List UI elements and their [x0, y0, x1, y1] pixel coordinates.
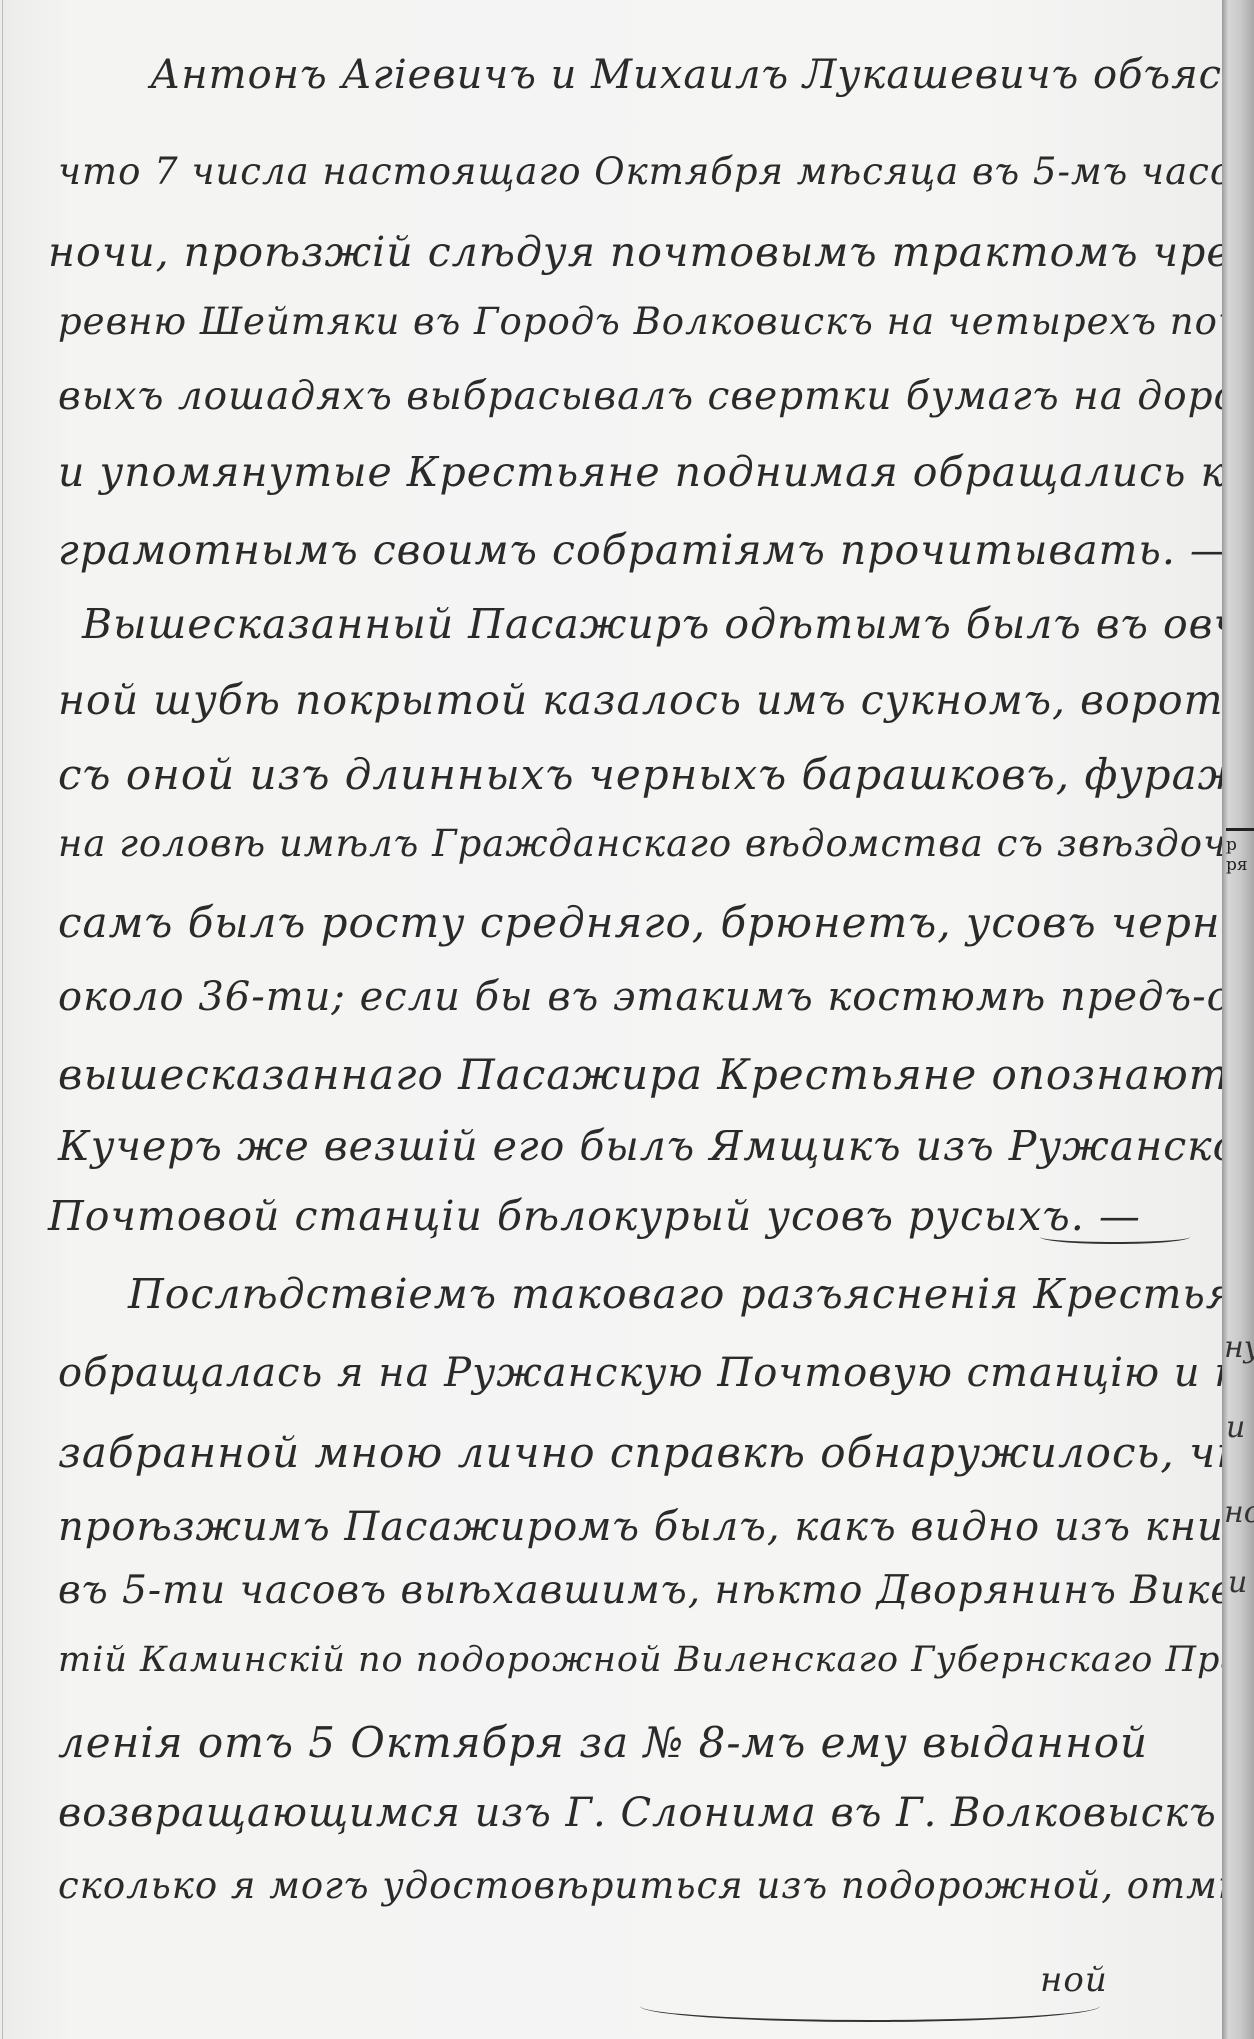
margin-handwriting-2: и — [1226, 1410, 1245, 1445]
text-line-1: Антонъ Агіевичъ и Михаилъ Лукашевичъ объ… — [150, 52, 1254, 98]
text-line-20: проѣзжимъ Пасажиромъ былъ, какъ видно из… — [58, 1504, 1238, 1550]
text-line-14: вышесказаннаго Пасажира Крестьяне опозна… — [58, 1050, 1254, 1099]
left-page-edge — [2, 0, 3, 2039]
text-line-15: Кучеръ же везшій его былъ Ямщикъ изъ Руж… — [58, 1122, 1254, 1170]
margin-handwriting-1: ну — [1224, 1330, 1254, 1365]
margin-printed-text: р ря — [1226, 828, 1254, 875]
text-line-5: выхъ лошадяхъ выбрасывалъ свертки бумагъ… — [58, 374, 1254, 419]
manuscript-page: Антонъ Агіевичъ и Михаилъ Лукашевичъ объ… — [0, 0, 1222, 2039]
line-end-flourish — [1040, 1230, 1190, 1244]
text-line-16: Почтовой станціи бѣлокурый усовъ русыхъ.… — [48, 1192, 1141, 1240]
text-line-21: въ 5-ти часовъ выѣхавшимъ, нѣкто Дворяни… — [58, 1568, 1254, 1613]
text-line-22: тій Каминскій по подорожной Виленскаго Г… — [58, 1640, 1254, 1680]
margin-print-line-1: р — [1226, 835, 1254, 855]
margin-handwriting-4: и — [1228, 1565, 1247, 1600]
text-line-3: ночи, проѣзжій слѣдуя почтовымъ трактомъ… — [48, 228, 1254, 276]
closing-flourish — [640, 1990, 1100, 2022]
text-line-25: сколько я могъ удостовѣриться изъ подоро… — [58, 1864, 1254, 1907]
text-line-8: Вышесказанный Пасажиръ одѣтымъ былъ въ о… — [82, 600, 1254, 648]
margin-print-line-2: ря — [1226, 855, 1254, 875]
text-line-17: Послѣдствіемъ таковаго разъясненія Крест… — [128, 1270, 1254, 1318]
text-line-18: обращалась я на Ружанскую Почтовую станц… — [58, 1350, 1254, 1396]
text-line-10: съ оной изъ длинныхъ черныхъ барашковъ, … — [58, 750, 1254, 799]
text-line-9: ной шубѣ покрытой казалось имъ сукномъ, … — [58, 676, 1254, 724]
adjacent-page-edge: р ря ну и но и — [1222, 0, 1254, 2039]
text-line-6: и упомянутые Крестьяне поднимая обращали… — [58, 448, 1254, 496]
text-line-11: на головѣ имѣлъ Гражданскаго вѣдомства с… — [58, 822, 1254, 865]
text-line-12: самъ былъ росту средняго, брюнетъ, усовъ… — [58, 898, 1254, 947]
text-line-13: около 36-ти; если бы въ этакимъ костюмѣ … — [58, 974, 1254, 1020]
text-line-23: ленія отъ 5 Октября за № 8-мъ ему выданн… — [58, 1718, 1148, 1767]
text-line-4: ревню Шейтяки въ Городъ Волковискъ на че… — [58, 300, 1254, 343]
margin-handwriting-3: но — [1224, 1495, 1254, 1530]
text-line-24: возвращающимся изъ Г. Слонима въ Г. Волк… — [58, 1790, 1254, 1836]
text-line-19: забранной мною лично справкѣ обнаружилос… — [58, 1428, 1254, 1477]
text-line-7: грамотнымъ своимъ собратіямъ прочитывать… — [58, 526, 1232, 574]
text-line-2: что 7 числа настоящаго Октября мѣсяца въ… — [58, 150, 1254, 193]
